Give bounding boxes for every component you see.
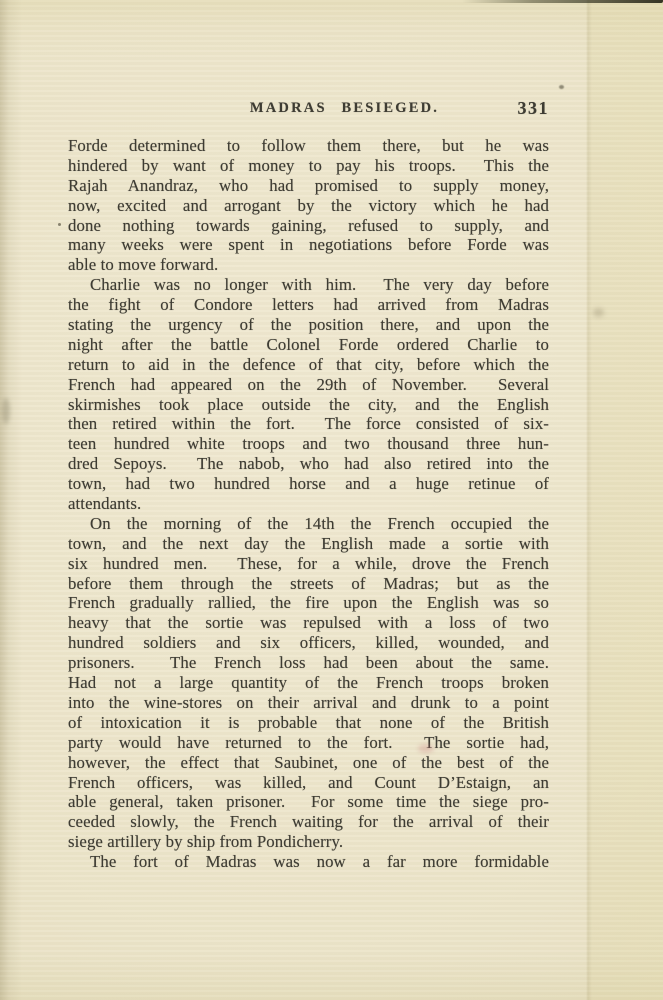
text-line: skirmishes took place outside the city, … <box>68 395 549 415</box>
text-line: many weeks were spent in negotiations be… <box>68 235 549 255</box>
text-line: attendants. <box>68 494 549 514</box>
text-line: The fort of Madras was now a far more fo… <box>68 852 549 872</box>
text-line: of intoxication it is probable that none… <box>68 713 549 733</box>
text-line: On the morning of the 14th the French oc… <box>68 514 549 534</box>
text-line: town, had two hundred horse and a huge r… <box>68 474 549 494</box>
text-line: Rajah Anandraz, who had promised to supp… <box>68 176 549 196</box>
running-head-title: MADRAS BESIEGED. <box>13 100 663 117</box>
ink-speck <box>559 85 564 89</box>
book-page-scan: MADRAS BESIEGED. 331 Forde determined to… <box>0 0 663 1000</box>
text-line: French had appeared on the 29th of Novem… <box>68 375 549 395</box>
paragraph: Charlie was no longer with him. The very… <box>68 275 549 514</box>
text-line: stating the urgency of the position ther… <box>68 315 549 335</box>
paragraph: On the morning of the 14th the French oc… <box>68 514 549 852</box>
paragraph: The fort of Madras was now a far more fo… <box>68 852 549 872</box>
text-line: teen hundred white troops and two thousa… <box>68 434 549 454</box>
running-head: MADRAS BESIEGED. 331 <box>0 98 663 120</box>
text-line: siege artillery by ship from Pondicherry… <box>68 832 549 852</box>
text-line: into the wine-stores on their arrival an… <box>68 693 549 713</box>
text-line: night after the battle Colonel Forde ord… <box>68 335 549 355</box>
text-line: hindered by want of money to pay his tro… <box>68 156 549 176</box>
page-number: 331 <box>518 98 550 119</box>
text-line: prisoners. The French loss had been abou… <box>68 653 549 673</box>
text-line: French officers, was killed, and Count D… <box>68 773 549 793</box>
text-line: town, and the next day the English made … <box>68 534 549 554</box>
text-line: done nothing towards gaining, refused to… <box>68 216 549 236</box>
text-line: able to move forward. <box>68 255 549 275</box>
text-line: French gradually rallied, the fire upon … <box>68 593 549 613</box>
ink-speck <box>58 223 61 226</box>
page-top-edge-shadow <box>462 0 663 3</box>
page-edge-shadow <box>2 398 10 424</box>
text-line: Had not a large quantity of the French t… <box>68 673 549 693</box>
text-line: dred Sepoys. The nabob, who had also ret… <box>68 454 549 474</box>
text-line: however, the effect that Saubinet, one o… <box>68 753 549 773</box>
body-text: Forde determined to follow them there, b… <box>68 136 549 872</box>
text-line: ceeded slowly, the French waiting for th… <box>68 812 549 832</box>
text-line: party would have returned to the fort. T… <box>68 733 549 753</box>
text-line: return to aid in the defence of that cit… <box>68 355 549 375</box>
paragraph: Forde determined to follow them there, b… <box>68 136 549 275</box>
text-line: Charlie was no longer with him. The very… <box>68 275 549 295</box>
text-line: hundred soldiers and six officers, kille… <box>68 633 549 653</box>
text-line: now, excited and arrogant by the victory… <box>68 196 549 216</box>
text-line: able general, taken prisoner. For some t… <box>68 792 549 812</box>
text-line: Forde determined to follow them there, b… <box>68 136 549 156</box>
paper-stain <box>593 308 604 317</box>
text-line: heavy that the sortie was repulsed with … <box>68 613 549 633</box>
text-line: the fight of Condore letters had arrived… <box>68 295 549 315</box>
text-line: six hundred men. These, for a while, dro… <box>68 554 549 574</box>
text-line: before them through the streets of Madra… <box>68 574 549 594</box>
text-line: then retired within the fort. The force … <box>68 414 549 434</box>
